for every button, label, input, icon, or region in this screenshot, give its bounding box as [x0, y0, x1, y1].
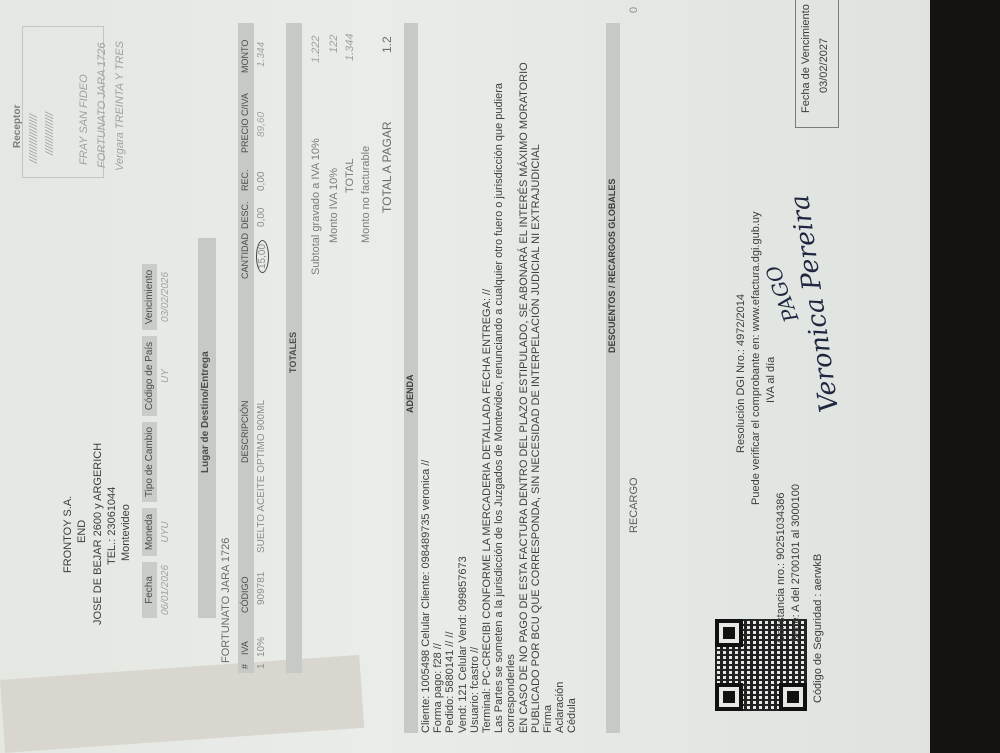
totales-row-label: TOTAL	[344, 159, 356, 193]
adenda-line: Terminal: PC-CRECIBI CONFORME LA MERCADE…	[481, 62, 493, 733]
adenda-line: Las Partes se someten a la jurisdicción …	[493, 62, 505, 733]
col-header-desc: DESC.	[240, 201, 250, 229]
col-header-monto: MONTO	[240, 40, 250, 73]
serie: Serie: A del 2700101 al 3000100	[790, 484, 802, 643]
col-header-num: #	[240, 664, 250, 669]
adenda-line: Usuario: fcastro //	[469, 62, 481, 733]
cell-cantidad: 15,00	[256, 240, 269, 273]
col-header-rec: REC.	[240, 169, 250, 191]
totales-row-label: Monto IVA 10%	[328, 168, 340, 243]
col-header-descripcion: DESCRIPCIÓN	[240, 400, 250, 463]
doc-info-header: Código de País	[142, 336, 157, 416]
vencimiento-label: Fecha de Vencimiento	[800, 4, 812, 113]
iva-al-dia: IVA al día	[765, 357, 777, 403]
issuer-city: Montevideo	[120, 504, 132, 561]
adenda-line: Vend: 121 Celular Vend: 099857673	[457, 62, 469, 733]
doc-info-value: 06/01/2026	[160, 562, 171, 618]
issuer-line2: END	[76, 520, 88, 543]
cell-codigo: 909781	[256, 572, 267, 605]
totales-label: TOTALES	[288, 332, 298, 373]
total-a-pagar-value: 1.2	[380, 36, 394, 53]
cell-num: 1	[256, 663, 267, 669]
issuer-address: JOSE DE BEJAR 2600 y ARGERICH	[92, 443, 104, 625]
qr-finder	[715, 683, 743, 711]
total-a-pagar-label: TOTAL A PAGAR	[380, 121, 394, 213]
adenda-label: ADENDA	[405, 374, 415, 413]
doc-info-value: 03/02/2026	[160, 264, 171, 330]
constancia: Constancia nro.: 90251034386	[775, 493, 787, 643]
qr-finder	[779, 683, 807, 711]
totales-row-value: 122	[328, 35, 340, 53]
resolucion-dgi: Resolución DGI Nro.: 4972/2014	[735, 294, 747, 453]
receptor-line: ////////////////	[28, 114, 40, 163]
doc-info-header: Moneda	[142, 508, 157, 556]
adenda-line: Cédula	[566, 62, 578, 733]
descuentos-item: RECARGO	[628, 477, 640, 533]
col-header-iva: IVA	[240, 641, 250, 655]
table-surface	[930, 0, 1000, 753]
doc-info-value: UY	[160, 336, 171, 416]
cell-precio: 89,60	[256, 112, 267, 137]
totales-row-label: Subtotal gravado a IVA 10%	[310, 138, 322, 275]
adenda-line: Aclaración	[554, 62, 566, 733]
codigo-seguridad: Código de Seguridad : aerwkB	[812, 554, 824, 703]
cell-monto: 1.344	[256, 42, 267, 67]
receptor-line: FRAY SAN FIDEO	[78, 74, 90, 165]
doc-info-header: Fecha	[142, 562, 157, 618]
destino-label: Lugar de Destino/Entrega	[200, 351, 211, 473]
doc-info-values: 06/01/2026 UYU UY 03/02/2026	[160, 264, 171, 618]
adenda-text: Cliente: 1005498 Celular Cliente: 098489…	[420, 62, 579, 733]
totales-row-value: 1.344	[344, 33, 356, 61]
adenda-line: Cliente: 1005498 Celular Cliente: 098489…	[420, 62, 432, 733]
destino-value: FORTUNATO JARA 1726	[220, 538, 232, 663]
totales-row-value: 1.222	[310, 35, 322, 63]
cell-desc: 0,00	[256, 208, 267, 227]
issuer-phone: TEL.: 23061044	[106, 487, 118, 565]
verificar-url: Puede verificar el comprobante en: www.e…	[750, 212, 762, 506]
adenda-line: Forma pago: f28 //	[432, 62, 444, 733]
invoice-page: Receptor //////////////// //////////////…	[0, 0, 930, 753]
descuentos-label: DESCUENTOS / RECARGOS GLOBALES	[607, 179, 617, 353]
col-header-codigo: CÓDIGO	[240, 576, 250, 613]
doc-info-headers: Fecha Moneda Tipo de Cambio Código de Pa…	[142, 264, 157, 618]
descuentos-value: 0	[628, 7, 640, 13]
descuentos-header-band	[606, 23, 620, 733]
receptor-label: Receptor	[12, 105, 23, 148]
qr-finder	[715, 619, 743, 647]
cell-rec: 0,00	[256, 172, 267, 191]
col-header-cantidad: CANTIDAD	[240, 233, 250, 279]
col-header-precio: PRECIO C/IVA	[240, 93, 250, 153]
adenda-line: Firma	[542, 62, 554, 733]
totales-row-label: Monto no facturable	[360, 146, 372, 243]
cell-iva: 10%	[256, 637, 267, 657]
doc-info-value	[160, 422, 171, 502]
doc-info-header: Tipo de Cambio	[142, 422, 157, 502]
issuer-name: FRONTOY S.A.	[62, 496, 74, 573]
doc-info-header: Vencimiento	[142, 264, 157, 330]
adenda-line: EN CASO DE NO PAGO DE ESTA FACTURA DENTR…	[518, 62, 530, 733]
adenda-line: corresponderles	[505, 62, 517, 733]
vencimiento-value: 03/02/2027	[818, 38, 830, 93]
adenda-line: PUBLICADO POR BCU QUE CORRESPONDA, SIN N…	[530, 62, 542, 733]
receptor-line: FORTUNATO JARA 1726	[96, 42, 108, 168]
receptor-line: Vergara TREINTA Y TRES	[114, 41, 126, 171]
doc-info-value: UYU	[160, 508, 171, 556]
receptor-line: //////////////	[44, 112, 56, 155]
cell-descripcion: SUELTO ACEITE OPTIMO 900ML	[256, 400, 267, 553]
adenda-line: Pedido: 5880141 // //	[444, 62, 456, 733]
